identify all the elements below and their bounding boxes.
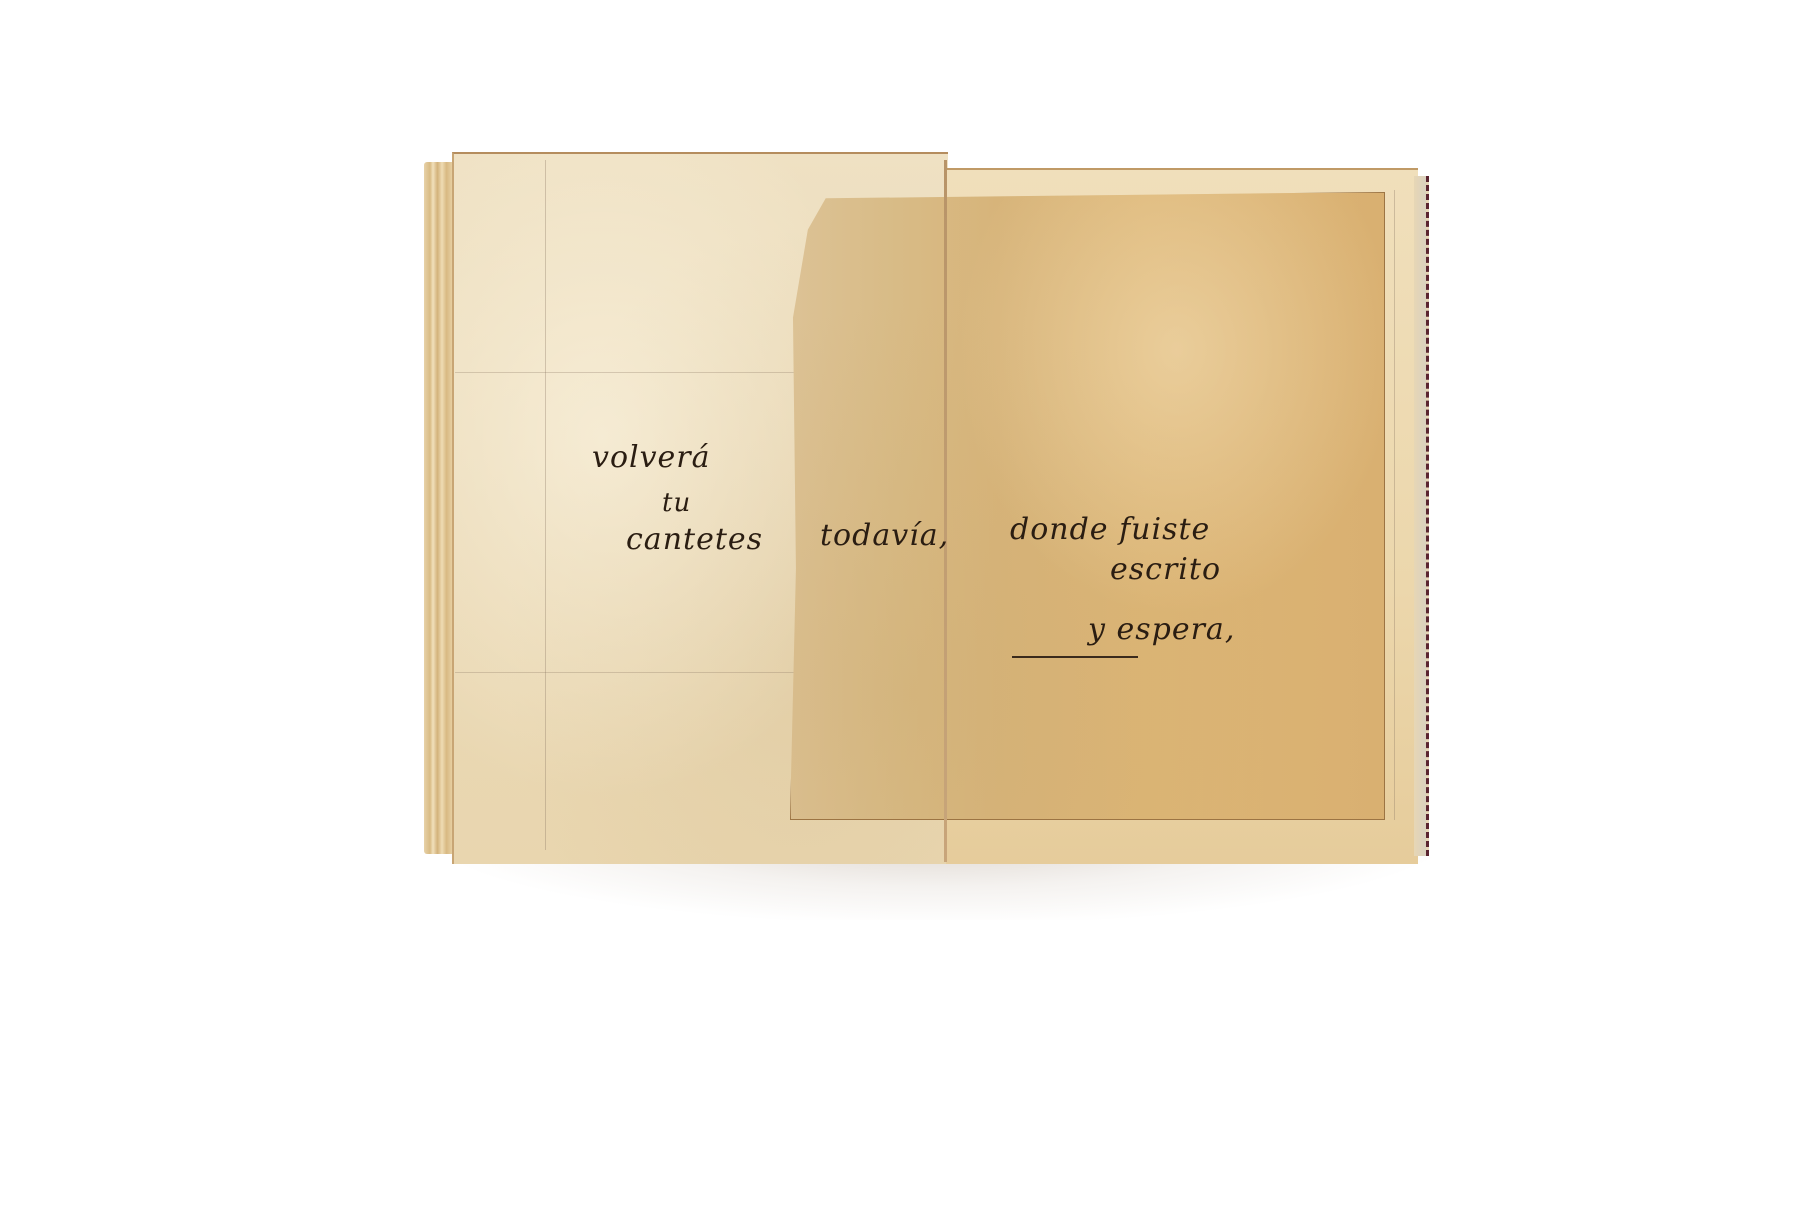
open-book: volverá tu cantetes todavía, donde fuist… [0,0,1800,1223]
pencil-margin-line-left [545,160,546,850]
handwritten-word-volvera: volverá [592,440,711,475]
handwritten-word-todavia: todavía, [820,518,949,553]
book-spine [944,160,947,862]
right-page-stack-with-binding [1414,176,1429,856]
handwritten-underline-stroke [1012,656,1138,658]
pencil-guide-line-upper [455,372,795,373]
tipped-in-torn-sheet [790,192,1385,820]
handwritten-words-y-espera: y espera, [1088,612,1235,647]
pencil-guide-line-lower [455,672,795,673]
left-page-stack [424,162,454,854]
pencil-margin-line-right [1394,190,1395,820]
handwritten-word-cantetes: cantetes [626,522,763,557]
handwritten-word-tu: tu [662,488,691,518]
handwritten-words-donde-fuiste: donde fuiste [1010,512,1210,547]
handwritten-word-escrito: escrito [1110,552,1221,587]
